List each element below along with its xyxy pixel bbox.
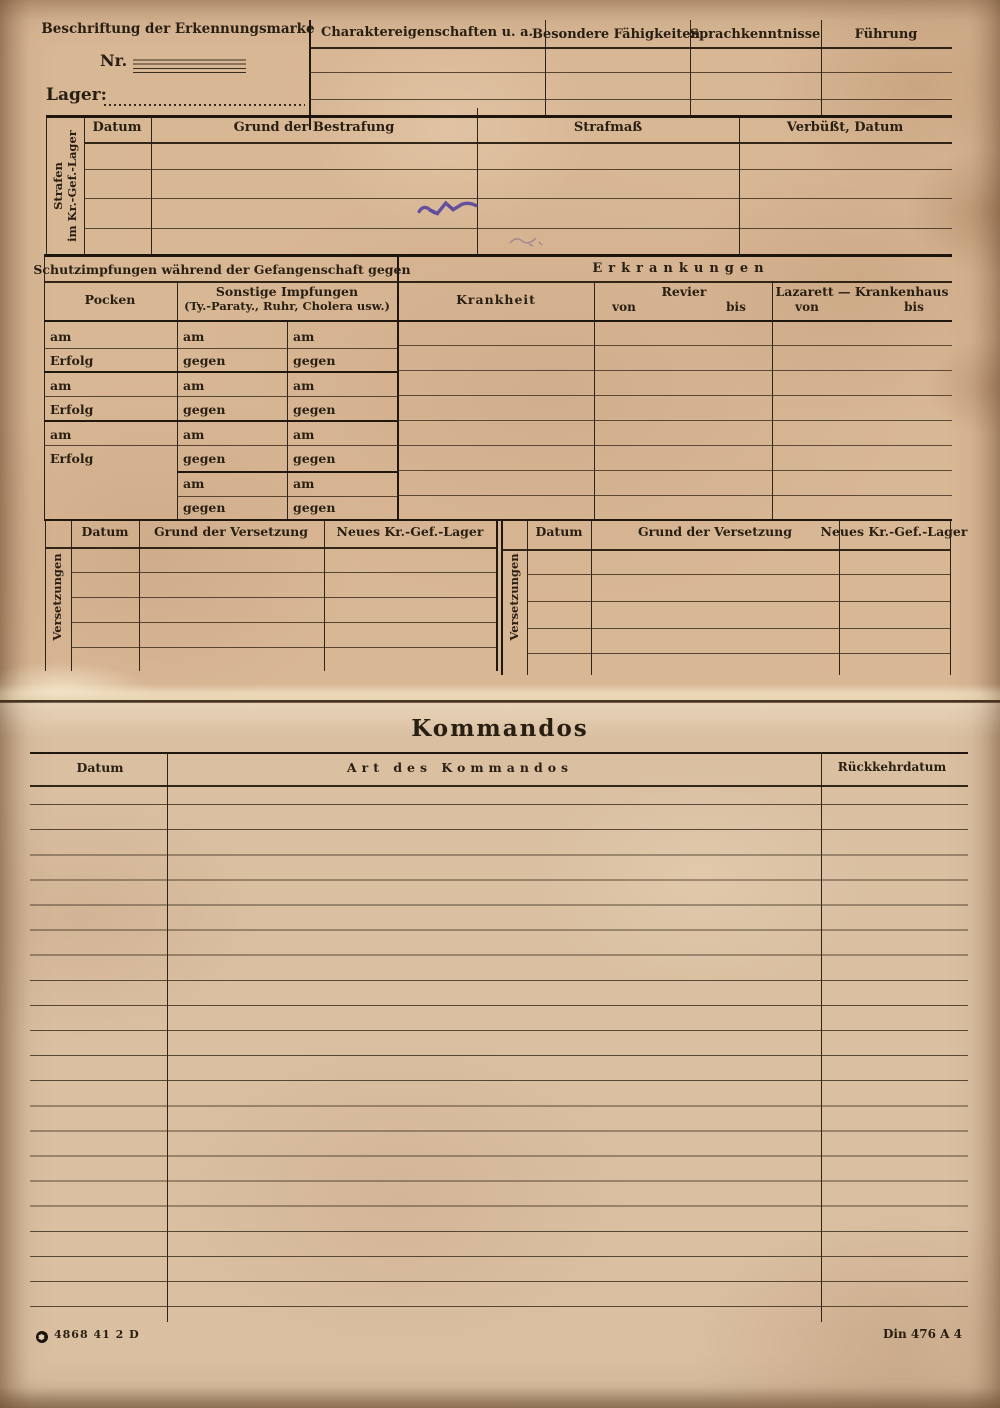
cell-label: am: [293, 477, 314, 491]
rule: [527, 628, 950, 629]
divider: [139, 519, 140, 671]
divider: [151, 115, 152, 256]
rule: [309, 99, 952, 100]
rule: [71, 622, 496, 623]
kommandos-col-rueckkehrdatum: Rückkehrdatum: [838, 761, 946, 774]
rule: [44, 396, 398, 397]
lager-dotted-line: [104, 104, 305, 106]
cell-label: Erfolg: [50, 403, 93, 417]
strafen-col-grund: Grund der Bestrafung: [234, 121, 395, 135]
revier-header: Revier: [662, 285, 707, 299]
footer-din-label: Din 476 A 4: [883, 1328, 962, 1341]
rule: [84, 198, 952, 199]
divider: [309, 20, 311, 130]
versetzungen-col-lager: Neues Kr.-Gef.-Lager: [821, 525, 968, 539]
rule: [44, 281, 952, 283]
cell-label: Erfolg: [50, 452, 93, 466]
divider: [527, 519, 528, 675]
rule: [71, 647, 496, 648]
revier-von-label: von: [612, 301, 636, 314]
kommandos-row-rules: [30, 780, 968, 1308]
footer-print-code: ✽4868 41 2 D: [36, 1329, 140, 1343]
cell-label: gegen: [183, 403, 225, 417]
rule: [46, 115, 952, 118]
rule: [501, 549, 950, 551]
rule: [44, 254, 952, 257]
krankheit-header: Krankheit: [456, 293, 536, 307]
divider: [477, 108, 478, 256]
cell-label: am: [183, 428, 204, 442]
page-top: Beschriftung der Erkennungsmarke Nr. Lag…: [0, 0, 1000, 703]
strafen-col-strafmass: Strafmaß: [574, 121, 642, 135]
cell-label: am: [183, 379, 204, 393]
versetzungen-col-lager: Neues Kr.-Gef.-Lager: [337, 525, 484, 539]
divider: [177, 281, 178, 520]
kommandos-col-art: Art des Kommandos: [347, 761, 573, 775]
cell-label: gegen: [293, 501, 335, 515]
versetzungen-side-label: Versetzungen: [507, 553, 521, 640]
cell-label: am: [183, 330, 204, 344]
cell-label: gegen: [293, 452, 335, 466]
rule: [309, 47, 952, 49]
lazarett-header: Lazarett — Krankenhaus: [775, 285, 948, 299]
divider: [501, 519, 503, 675]
cell-label: Erfolg: [50, 354, 93, 368]
rule: [71, 572, 496, 573]
cell-label: am: [293, 379, 314, 393]
column-header-fuehrung: Führung: [855, 28, 918, 42]
cell-label: am: [293, 428, 314, 442]
rule: [527, 601, 950, 602]
rule: [44, 420, 398, 422]
rule: [30, 752, 968, 754]
divider: [839, 519, 840, 675]
nr-ruled-lines: [133, 56, 246, 75]
divider: [46, 115, 47, 256]
rule: [71, 597, 496, 598]
scanned-pow-record-card: Beschriftung der Erkennungsmarke Nr. Lag…: [0, 0, 1000, 1408]
rule: [44, 445, 398, 446]
column-header-faehigkeiten: Besondere Fähigkeiten: [532, 28, 700, 42]
divider: [44, 254, 45, 520]
strafen-col-datum: Datum: [93, 121, 142, 135]
divider: [84, 115, 85, 256]
lager-label: Lager:: [46, 86, 107, 105]
divider: [496, 519, 498, 671]
cell-label: gegen: [183, 501, 225, 515]
rule: [527, 653, 950, 654]
column-header-charaktereigenschaften: Charaktereigenschaften u. a.: [321, 26, 533, 40]
column-header-sprachkenntnisse: Sprachkenntnisse: [690, 28, 821, 42]
cell-label: gegen: [183, 452, 225, 466]
rule: [177, 496, 398, 497]
divider: [821, 20, 822, 116]
page-edge-highlight: [0, 684, 1000, 701]
divider: [739, 115, 740, 256]
erkennungsmarke-title: Beschriftung der Erkennungsmarke: [41, 22, 314, 37]
rule: [84, 169, 952, 170]
divider: [71, 519, 72, 671]
kommandos-col-datum: Datum: [76, 761, 123, 775]
print-code-text: 4868 41 2 D: [54, 1328, 140, 1341]
rule: [309, 72, 952, 73]
rule: [84, 142, 952, 144]
divider: [950, 519, 951, 675]
cell-label: am: [50, 428, 71, 442]
strafen-col-verbuesst: Verbüßt, Datum: [787, 121, 903, 135]
cell-label: am: [50, 330, 71, 344]
nr-label: Nr.: [100, 52, 127, 70]
rule: [84, 228, 952, 229]
sonstige-impfungen-subheader: (Ty.-Paraty., Ruhr, Cholera usw.): [184, 300, 390, 313]
divider: [545, 20, 546, 116]
lazarett-bis-label: bis: [904, 301, 924, 314]
erkrankungen-section-title: Erkrankungen: [592, 262, 769, 276]
versetzungen-col-datum: Datum: [81, 525, 128, 539]
lazarett-von-label: von: [795, 301, 819, 314]
page-bottom: Kommandos Datum Art des Kommandos Rückke…: [0, 703, 1000, 1408]
cell-label: gegen: [183, 354, 225, 368]
strafen-side-label-2: im Kr.-Gef.-Lager: [65, 130, 79, 242]
divider: [690, 20, 691, 116]
rule: [44, 371, 398, 373]
kommandos-title: Kommandos: [411, 716, 589, 741]
pocken-header: Pocken: [85, 293, 136, 307]
purple-ink-scribble: [414, 192, 481, 222]
revier-bis-label: bis: [726, 301, 746, 314]
cell-label: gegen: [293, 354, 335, 368]
cell-label: gegen: [293, 403, 335, 417]
cell-label: am: [183, 477, 204, 491]
divider: [324, 519, 325, 671]
versetzungen-col-grund: Grund der Versetzung: [154, 525, 308, 539]
cell-label: am: [50, 379, 71, 393]
versetzungen-col-datum: Datum: [535, 525, 582, 539]
rule: [527, 574, 950, 575]
versetzungen-side-label: Versetzungen: [50, 553, 64, 640]
rule: [177, 471, 398, 473]
divider: [45, 519, 46, 671]
rule: [44, 348, 398, 349]
divider: [591, 519, 592, 675]
strafen-side-label: Strafen: [51, 162, 65, 210]
erkrankungen-row-rules: [397, 321, 952, 498]
impfungen-section-title: Schutzimpfungen während der Gefangenscha…: [33, 263, 410, 277]
cell-label: am: [293, 330, 314, 344]
sonstige-impfungen-header: Sonstige Impfungen: [216, 285, 358, 299]
printer-mark-icon: ✽: [36, 1331, 48, 1343]
purple-ink-smudge: [505, 230, 547, 250]
rule: [45, 547, 496, 549]
versetzungen-col-grund: Grund der Versetzung: [638, 525, 792, 539]
